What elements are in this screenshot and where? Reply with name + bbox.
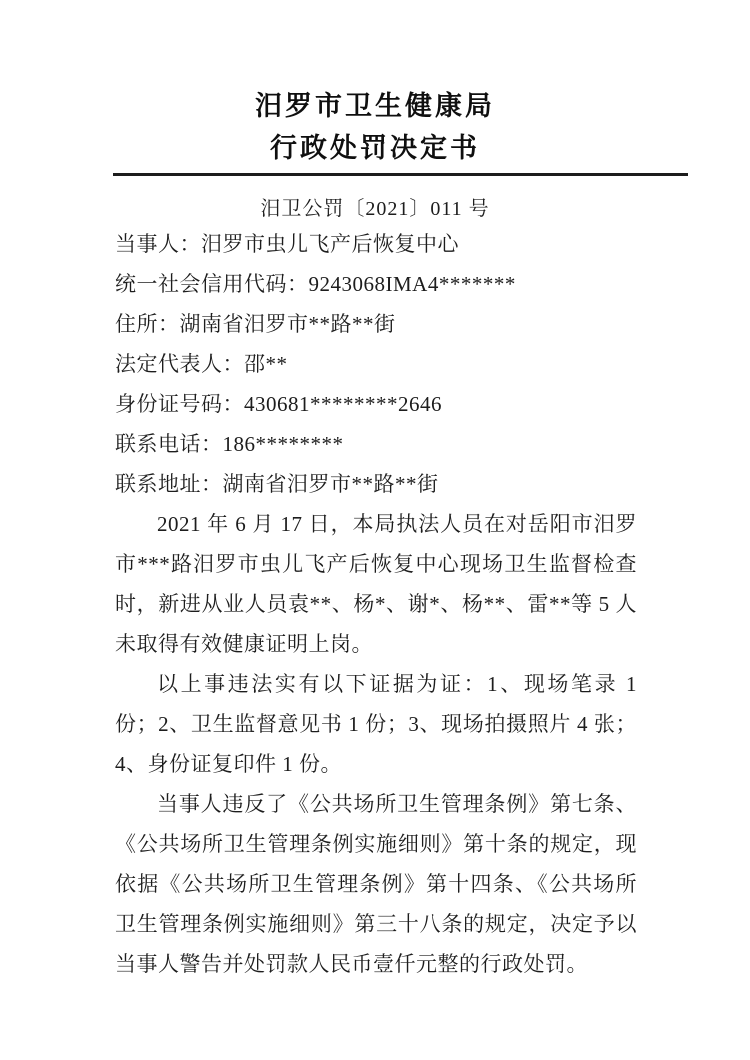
title-line-agency: 汨罗市卫生健康局 bbox=[0, 85, 750, 127]
info-line-legal-representative: 法定代表人：邵** bbox=[115, 344, 637, 384]
document-number: 汨卫公罚〔2021〕011 号 bbox=[0, 194, 750, 224]
document-title: 汨罗市卫生健康局 行政处罚决定书 bbox=[0, 0, 750, 169]
title-line-doctype: 行政处罚决定书 bbox=[0, 127, 750, 169]
paragraph-facts: 2021 年 6 月 17 日，本局执法人员在对岳阳市汨罗市***路汨罗市虫儿飞… bbox=[115, 504, 637, 664]
info-line-credit-code: 统一社会信用代码：9243068IMA4******* bbox=[115, 264, 637, 304]
info-line-address: 住所：湖南省汨罗市**路**街 bbox=[115, 304, 637, 344]
paragraph-evidence: 以上事违法实有以下证据为证：1、现场笔录 1 份；2、卫生监督意见书 1 份；3… bbox=[115, 664, 637, 784]
penalty-decision-page: 汨罗市卫生健康局 行政处罚决定书 汨卫公罚〔2021〕011 号 当事人：汨罗市… bbox=[0, 0, 750, 1060]
info-line-party: 当事人：汨罗市虫儿飞产后恢复中心 bbox=[115, 224, 637, 264]
document-body: 当事人：汨罗市虫儿飞产后恢复中心 统一社会信用代码：9243068IMA4***… bbox=[0, 224, 750, 984]
info-line-contact-address: 联系地址：湖南省汨罗市**路**街 bbox=[115, 464, 637, 504]
paragraph-decision: 当事人违反了《公共场所卫生管理条例》第七条、《公共场所卫生管理条例实施细则》第十… bbox=[115, 784, 637, 984]
info-line-phone: 联系电话：186******** bbox=[115, 424, 637, 464]
header-divider-rule bbox=[113, 173, 688, 176]
info-line-id-number: 身份证号码：430681********2646 bbox=[115, 384, 637, 424]
